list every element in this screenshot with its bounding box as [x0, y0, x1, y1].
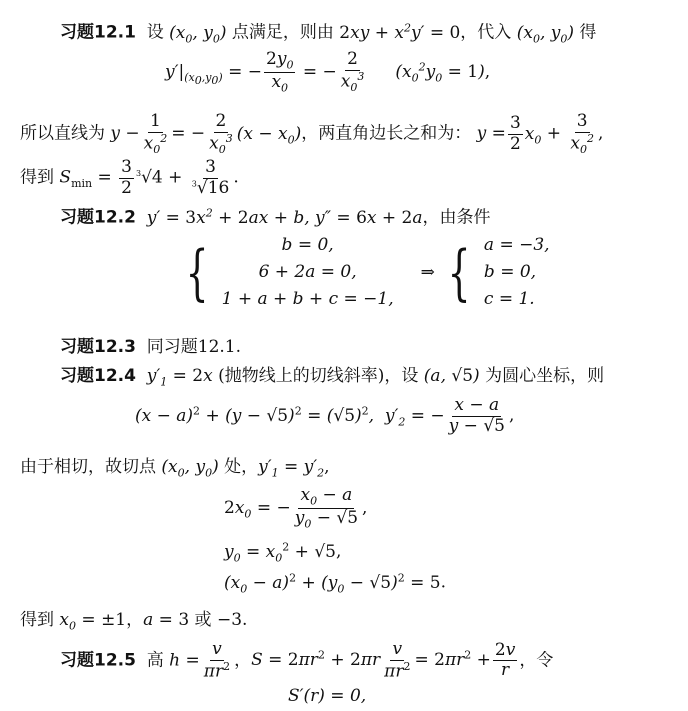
problem-12-1: 习题12.1 设 (x0, y0) 点满足，则由 2xy + x2y′ = 0，… — [60, 22, 596, 44]
problem-label: 习题12.4 — [60, 366, 136, 386]
problem-12-5: 习题12.5 高 h =vπr2，S = 2πr2 + 2πrvπr2= 2πr… — [60, 640, 553, 682]
equation-last: S′(r) = 0, — [288, 688, 366, 705]
problem-12-4: 习题12.4 y′1 = 2x (抛物线上的切线斜率)，设 (a, √5) 为圆… — [60, 368, 604, 387]
problem-label: 习题12.5 — [60, 650, 136, 670]
line-tangent-point: 由于相切，故切点 (x0, y0) 处，y′1 = y′2, — [20, 459, 330, 478]
problem-label: 习题12.1 — [60, 23, 136, 43]
problem-12-2: 习题12.2 y′ = 3x2 + 2ax + b, y″ = 6x + 2a，… — [60, 207, 491, 227]
equation-circle: (x − a)2 + (y − √5)2 = (√5)2, y′2 = −x −… — [135, 396, 514, 436]
problem-text: 设 (x0, y0) 点满足，则由 2xy + x2y′ = 0，代入 (x0,… — [141, 23, 596, 43]
equation-4a: 2x0 = −x0 − ay0 − √5, — [224, 486, 367, 531]
problem-12-3: 习题12.3 同习题12.1. — [60, 339, 241, 356]
problem-label: 习题12.3 — [60, 337, 136, 357]
equation-system: { b = 0, 6 + 2a = 0, 1 + a + b + c = −1,… — [178, 232, 550, 314]
problem-label: 习题12.2 — [60, 208, 136, 228]
line-result: 得到 x0 = ±1，a = 3 或 −3. — [20, 612, 247, 631]
equation-derivative: y′|(x0,y0) = −2y0x0 = −2x03 (x02y0 = 1), — [165, 50, 490, 95]
system-right: a = −3, b = 0, c = 1. — [484, 232, 550, 314]
line-smin: 得到 Smin = 323√4 + 33√16. — [20, 158, 239, 198]
system-left: b = 0, 6 + 2a = 0, 1 + a + b + c = −1, — [222, 232, 394, 314]
line-tangent: 所以直线为 y −1x02= −2x03(x − x0)，两直角边长之和为： y… — [20, 112, 603, 156]
equation-4c: (x0 − a)2 + (y0 − √5)2 = 5. — [224, 572, 446, 594]
equation-4b: y0 = x02 + √5, — [224, 541, 341, 563]
